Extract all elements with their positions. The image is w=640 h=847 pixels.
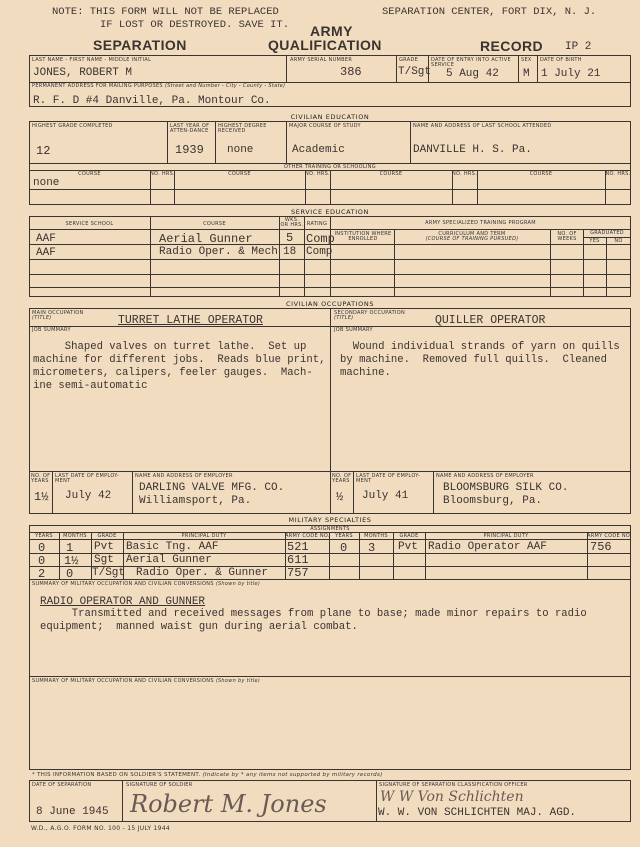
employer-label-main: NAME AND ADDRESS OF EMPLOYER (135, 474, 233, 479)
school-value: DANVILLE H. S. Pa. (413, 144, 532, 156)
duty-header-left: PRINCIPAL DUTY (123, 534, 285, 539)
yes-header: YES (583, 239, 606, 244)
degree-value: none (227, 144, 253, 156)
rating-header: RATING (304, 222, 330, 227)
secondary-occupation-title: QUILLER OPERATOR (435, 314, 545, 327)
note-line-2: IF LOST OR DESTROYED. SAVE IT. (100, 19, 289, 31)
statement-note: * THIS INFORMATION BASED ON SOLDIER'S ST… (32, 773, 383, 778)
summary-label-2: SUMMARY OF MILITARY OCCUPATION AND CIVIL… (32, 679, 260, 684)
code-header-left: ARMY CODE NO. (285, 534, 329, 539)
last-year-label: LAST YEAR OF ATTEN-DANCE (170, 124, 214, 134)
grade-value: T/Sgt (398, 66, 431, 78)
officer-signature: W W Von Schlichten (380, 789, 524, 805)
title-separation: SEPARATION (93, 37, 187, 53)
entry-date: 5 Aug 42 (446, 68, 499, 80)
soldier-name: JONES, ROBERT M (33, 67, 132, 79)
years-header-left: YEARS (29, 534, 59, 539)
civilian-occupations-title: CIVILIAN OCCUPATIONS (29, 300, 631, 308)
officer-signature-label: SIGNATURE OF SEPARATION CLASSIFICATION O… (379, 783, 528, 788)
secondary-occupation-label: SECONDARY OCCUPATION(TITLE) (334, 311, 405, 321)
soldier-signature: Robert M. Jones (130, 790, 327, 818)
hrs-col-4: NO. HRS. (605, 172, 631, 177)
graduated-header: GRADUATED (583, 231, 631, 236)
major-label: MAJOR COURSE OF STUDY (289, 124, 361, 129)
civilian-education-title: CIVILIAN EDUCATION (29, 113, 631, 121)
course-col-4: COURSE (477, 172, 605, 177)
grade-header-right: GRADE (393, 534, 425, 539)
main-occupation-title: TURRET LATHE OPERATOR (118, 314, 263, 327)
grade-header-left: GRADE (91, 534, 123, 539)
soldier-signature-label: SIGNATURE OF SOLDIER (126, 783, 193, 788)
code-header-right: ARMY CODE NO. (587, 534, 631, 539)
serial-label: ARMY SERIAL NUMBER (290, 58, 352, 63)
separation-date-label: DATE OF SEPARATION (32, 783, 91, 788)
sex-label: SEX (521, 58, 532, 63)
hrs-col-2: NO. HRS. (305, 172, 330, 177)
grade-label: GRADE (399, 58, 418, 63)
hrs-col-1: NO. HRS. (150, 172, 174, 177)
course-col-3: COURSE (330, 172, 452, 177)
highest-grade-label: HIGHEST GRADE COMPLETED (32, 124, 113, 129)
secondary-years: ½ (336, 490, 343, 504)
other-training-value: none (33, 177, 59, 189)
service-education-title: SERVICE EDUCATION (29, 208, 631, 216)
no-header: NO (606, 239, 631, 244)
service-school-header: SERVICE SCHOOL (29, 222, 150, 227)
employer-label-secondary: NAME AND ADDRESS OF EMPLOYER (436, 474, 534, 479)
job-summary-label-secondary: JOB SUMMARY (334, 328, 373, 333)
birth-date: 1 July 21 (541, 68, 600, 80)
curriculum-header: CURRICULUM AND TERM(COURSE OF TRAINING P… (394, 232, 550, 242)
years-header-right: YEARS (329, 534, 359, 539)
institution-header: INSTITUTION WHERE ENROLLED (333, 232, 393, 242)
note-line-1: NOTE: THIS FORM WILL NOT BE REPLACED (52, 6, 279, 18)
job-summary-label-main: JOB SUMMARY (32, 328, 71, 333)
no-weeks-header: NO. OF WEEKS (551, 232, 583, 242)
military-specialties-title: MILITARY SPECIALTIES (29, 516, 631, 524)
main-employer-city: Williamsport, Pa. (139, 495, 251, 507)
main-employer-name: DARLING VALVE MFG. CO. (139, 482, 284, 494)
secondary-last-date: July 41 (362, 490, 408, 502)
summary-text: Transmitted and received messages from p… (40, 608, 587, 634)
major-value: Academic (292, 144, 345, 156)
secondary-employer-city: Bloomsburg, Pa. (443, 495, 542, 507)
main-last-date: July 42 (65, 490, 111, 502)
course-header: COURSE (150, 222, 279, 227)
months-header-right: MONTHS (359, 534, 393, 539)
military-box (29, 525, 631, 770)
school-label: NAME AND ADDRESS OF LAST SCHOOL ATTENDED (413, 124, 552, 129)
last-date-label-main: LAST DATE OF EMPLOY-MENT (55, 474, 131, 484)
sex-value: M (523, 68, 530, 80)
months-header-left: MONTHS (59, 534, 91, 539)
separation-date: 8 June 1945 (36, 806, 109, 818)
degree-label: HIGHEST DEGREE RECEIVED (218, 124, 284, 134)
other-training-label: OTHER TRAINING OR SCHOOLING (29, 165, 631, 170)
entry-label: DATE OF ENTRY INTO ACTIVE SERVICE (431, 58, 516, 68)
highest-grade-value: 12 (36, 144, 50, 158)
weeks-header: WKS. OR HRS. (280, 218, 304, 228)
last-date-label-secondary: LAST DATE OF EMPLOY-MENT (356, 474, 432, 484)
hrs-col-3: NO. HRS. (452, 172, 477, 177)
assignments-label: ASSIGNMENTS (29, 527, 631, 532)
main-job-summary: Shaped valves on turret lathe. Set up ma… (33, 341, 325, 393)
title-qualification: QUALIFICATION (268, 37, 382, 53)
main-years: 1½ (34, 490, 48, 504)
secondary-job-summary: Wound individual strands of yarn on quil… (340, 341, 630, 380)
serial-number: 386 (340, 65, 362, 79)
last-year-value: 1939 (175, 143, 204, 157)
years-label-secondary: NO. OF YEARS (332, 474, 352, 484)
address-value: R. F. D #4 Danville, Pa. Montour Co. (33, 95, 271, 107)
secondary-employer-name: BLOOMSBURG SILK CO. (443, 482, 568, 494)
separation-center: SEPARATION CENTER, FORT DIX, N. J. (382, 6, 596, 18)
birth-label: DATE OF BIRTH (540, 58, 582, 63)
years-label-main: NO. OF YEARS (31, 474, 51, 484)
address-label: PERMANENT ADDRESS FOR MAILING PURPOSES (… (32, 84, 285, 89)
record-code: IP 2 (565, 41, 591, 53)
name-label: LAST NAME - FIRST NAME - MIDDLE INITIAL (32, 58, 151, 63)
duty-header-right: PRINCIPAL DUTY (425, 534, 587, 539)
summary-label: SUMMARY OF MILITARY OCCUPATION AND CIVIL… (32, 582, 260, 587)
astp-header: ARMY SPECIALIZED TRAINING PROGRAM (330, 221, 631, 226)
title-record: RECORD (480, 38, 543, 54)
form-number: W.D., A.G.O. FORM NO. 100 - 15 July 1944 (31, 826, 170, 831)
summary-title: RADIO OPERATOR AND GUNNER (40, 596, 205, 608)
main-occupation-label: MAIN OCCUPATION(TITLE) (32, 311, 84, 321)
course-col-2: COURSE (174, 172, 305, 177)
officer-name: W. W. VON SCHLICHTEN MAJ. AGD. (378, 807, 576, 819)
